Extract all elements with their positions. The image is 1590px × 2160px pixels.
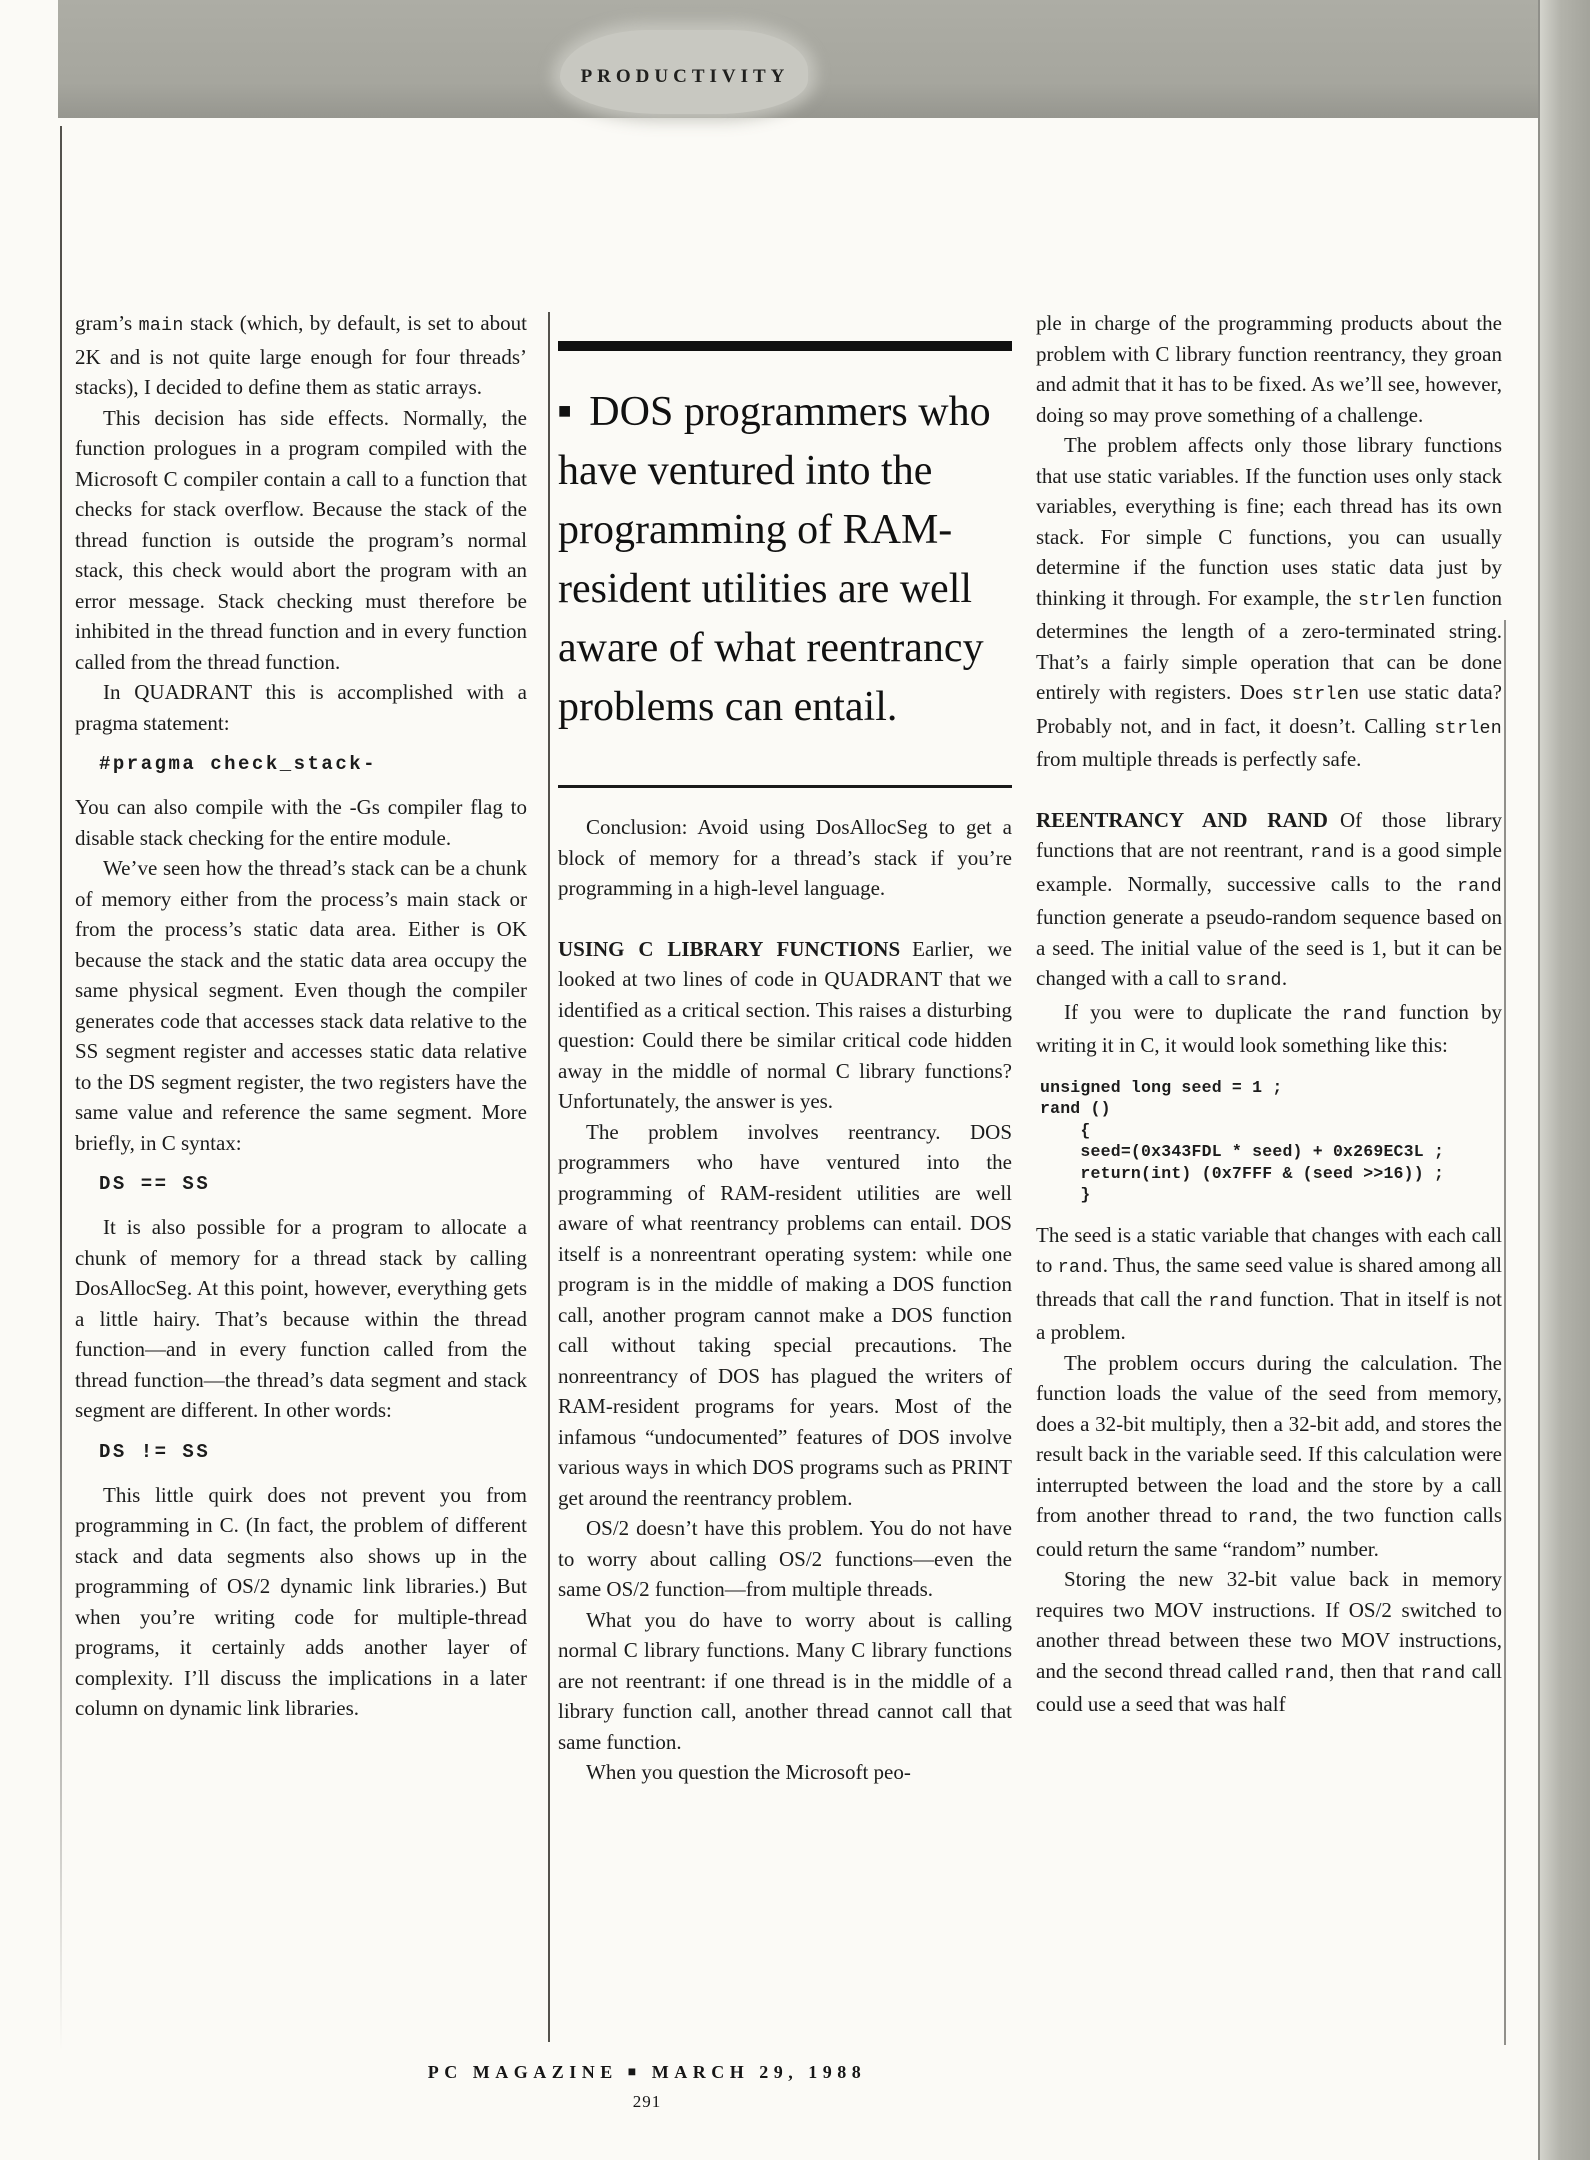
section-label: PRODUCTIVITY <box>470 66 900 88</box>
code-block: #pragma check_stack- <box>99 752 527 776</box>
section-heading: REENTRANCY AND RAND <box>1036 808 1328 832</box>
text-run: What you do have to worry about is calli… <box>558 1608 1012 1754</box>
text-run: . <box>1282 966 1287 990</box>
text-run: gram’s <box>75 311 139 335</box>
pull-quote-line: ■DOS programmers who <box>558 381 1012 442</box>
inline-code: rand <box>1420 1664 1465 1684</box>
paragraph: Conclusion: Avoid using DosAllocSeg to g… <box>558 812 1012 904</box>
text-run: It is also possible for a program to all… <box>75 1215 527 1422</box>
code-block: DS != SS <box>99 1440 527 1464</box>
inline-code: rand <box>1208 1292 1253 1312</box>
pull-quote-line: resident utilities are well <box>558 560 1012 619</box>
inline-code: rand <box>1457 877 1502 897</box>
text-run: The problem involves reentrancy. DOS pro… <box>558 1120 1012 1510</box>
text-run: You can also compile with the -Gs compil… <box>75 795 527 850</box>
pull-quote-line: problems can entail. <box>558 678 1012 737</box>
text-run: In QUADRANT this is accomplished with a … <box>75 680 527 735</box>
inline-code: rand <box>1284 1664 1329 1684</box>
paragraph: You can also compile with the -Gs compil… <box>75 792 527 853</box>
pull-quote-bottom-rule <box>558 785 1012 788</box>
text-run: The problem occurs during the calculatio… <box>1036 1351 1502 1528</box>
scan-top-band <box>58 0 1590 118</box>
paragraph: If you were to duplicate the rand functi… <box>1036 997 1502 1061</box>
article-column-right: ple in charge of the programming product… <box>1036 308 1502 1720</box>
text-run: This decision has side effects. Normally… <box>75 406 527 674</box>
pull-quote-text: DOS programmers who <box>589 389 990 435</box>
column-divider-rule <box>548 312 550 2042</box>
scan-right-edge <box>1538 0 1590 2160</box>
paragraph: What you do have to worry about is calli… <box>558 1605 1012 1758</box>
paragraph: REENTRANCY AND RANDOf those library func… <box>1036 805 1502 997</box>
paragraph: USING C LIBRARY FUNCTIONSEarlier, we loo… <box>558 934 1012 1117</box>
paragraph: This little quirk does not prevent you f… <box>75 1480 527 1724</box>
paragraph: The problem occurs during the calculatio… <box>1036 1348 1502 1565</box>
paragraph: ple in charge of the programming product… <box>1036 308 1502 430</box>
paragraph: gram’s main stack (which, by default, is… <box>75 308 527 403</box>
text-run: , then that <box>1329 1659 1421 1683</box>
paragraph: We’ve seen how the thread’s stack can be… <box>75 853 527 1158</box>
magazine-name: PC MAGAZINE <box>428 2062 618 2082</box>
page-right-rule <box>1504 620 1506 2045</box>
inline-code: rand <box>1058 1258 1103 1278</box>
inline-code: strlen <box>1292 685 1360 705</box>
page-left-rule <box>60 126 62 2051</box>
text-run: Earlier, we looked at two lines of code … <box>558 937 1012 1114</box>
paragraph: OS/2 doesn’t have this problem. You do n… <box>558 1513 1012 1605</box>
issue-date: MARCH 29, 1988 <box>652 2062 867 2082</box>
paragraph: This decision has side effects. Normally… <box>75 403 527 678</box>
square-separator-icon: ■ <box>628 2065 642 2080</box>
paragraph: The problem affects only those library f… <box>1036 430 1502 775</box>
paragraph: It is also possible for a program to all… <box>75 1212 527 1426</box>
text-run: Conclusion: Avoid using DosAllocSeg to g… <box>558 815 1012 900</box>
square-bullet-icon: ■ <box>558 398 571 423</box>
code-block: unsigned long seed = 1 ; rand () { seed=… <box>1040 1077 1502 1206</box>
pull-quote-line: have ventured into the <box>558 442 1012 501</box>
text-run: We’ve seen how the thread’s stack can be… <box>75 856 527 1155</box>
section-heading: USING C LIBRARY FUNCTIONS <box>558 937 900 961</box>
inline-code: main <box>139 316 184 336</box>
footer: PC MAGAZINE■MARCH 29, 1988 <box>397 2062 897 2083</box>
text-run: When you question the Microsoft peo- <box>586 1760 911 1784</box>
paragraph: When you question the Microsoft peo- <box>558 1757 1012 1788</box>
inline-code: rand <box>1342 1005 1387 1025</box>
text-run: The problem affects only those library f… <box>1036 433 1502 610</box>
pull-quote-line: aware of what reentrancy <box>558 619 1012 678</box>
inline-code: srand <box>1226 971 1282 991</box>
paragraph: The problem involves reentrancy. DOS pro… <box>558 1117 1012 1514</box>
code-block: DS == SS <box>99 1172 527 1196</box>
inline-code: rand <box>1247 1508 1292 1528</box>
text-run: ple in charge of the programming product… <box>1036 311 1502 427</box>
paragraph: In QUADRANT this is accomplished with a … <box>75 677 527 738</box>
text-run: from multiple threads is perfectly safe. <box>1036 747 1361 771</box>
inline-code: rand <box>1310 843 1355 863</box>
pull-quote: ■DOS programmers who have ventured into … <box>558 341 1012 788</box>
pull-quote-line: programming of RAM- <box>558 501 1012 560</box>
inline-code: strlen <box>1434 719 1502 739</box>
text-run: This little quirk does not prevent you f… <box>75 1483 527 1721</box>
paragraph: Storing the new 32-bit value back in mem… <box>1036 1564 1502 1720</box>
paragraph: The seed is a static variable that chang… <box>1036 1220 1502 1348</box>
article-column-middle: Conclusion: Avoid using DosAllocSeg to g… <box>558 812 1012 1788</box>
page-number: 291 <box>397 2092 897 2112</box>
text-run: If you were to duplicate the <box>1064 1000 1342 1024</box>
pull-quote-top-rule <box>558 341 1012 351</box>
text-run: OS/2 doesn’t have this problem. You do n… <box>558 1516 1012 1601</box>
inline-code: strlen <box>1358 591 1426 611</box>
article-column-left: gram’s main stack (which, by default, is… <box>75 308 527 1724</box>
